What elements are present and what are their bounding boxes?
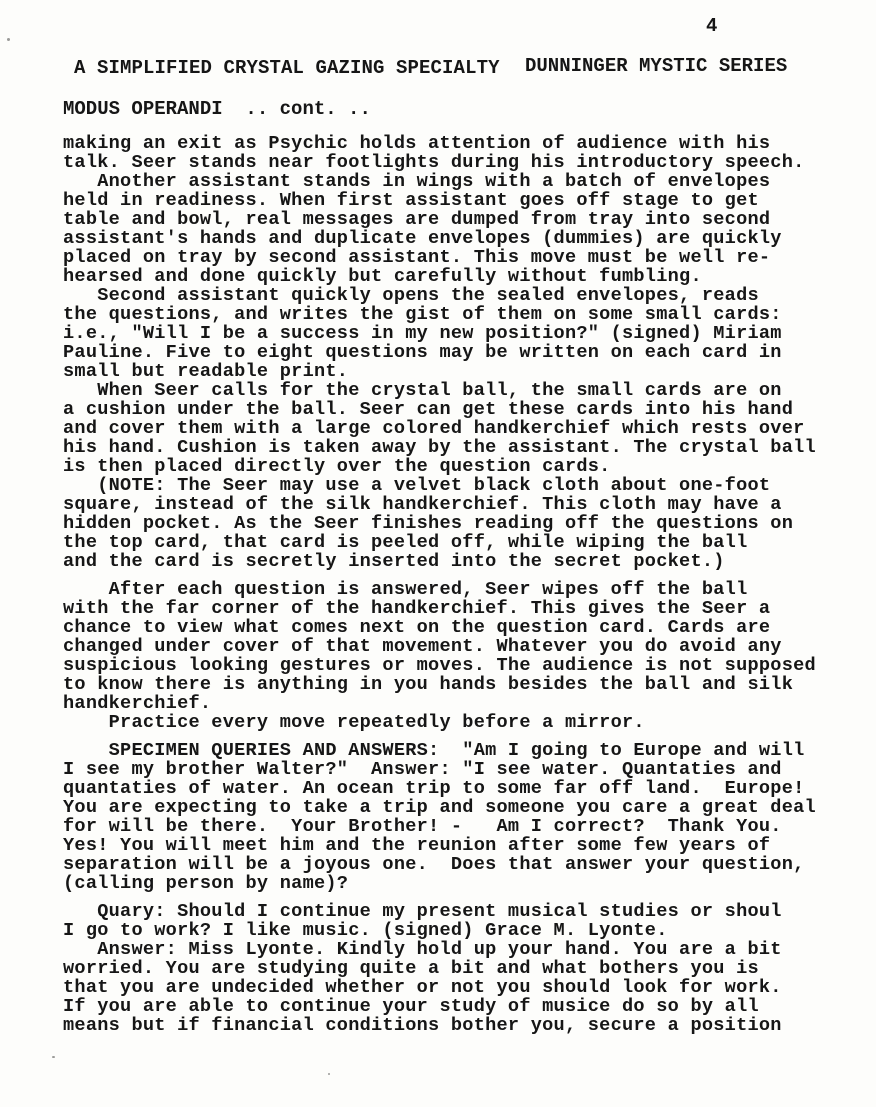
- page-number: 4: [706, 16, 717, 36]
- document-body: making an exit as Psychic holds attentio…: [63, 134, 853, 1044]
- document-title: A SIMPLIFIED CRYSTAL GAZING SPECIALTY: [74, 58, 500, 78]
- paragraph-block-after-each-question: After each question is answered, Seer wi…: [63, 580, 853, 732]
- scan-speck: [52, 1056, 55, 1058]
- scan-speck: [7, 38, 10, 41]
- section-subtitle: MODUS OPERANDI .. cont. ..: [63, 99, 371, 119]
- paragraph-block-specimen-queries: SPECIMEN QUERIES AND ANSWERS: "Am I goin…: [63, 741, 853, 893]
- series-title: DUNNINGER MYSTIC SERIES: [525, 56, 787, 76]
- document-page: 4 A SIMPLIFIED CRYSTAL GAZING SPECIALTY …: [0, 0, 876, 1107]
- scan-speck: [328, 1073, 330, 1075]
- paragraph-block-query-answer: Quary: Should I continue my present musi…: [63, 902, 853, 1035]
- paragraph-block-modus-operandi: making an exit as Psychic holds attentio…: [63, 134, 853, 571]
